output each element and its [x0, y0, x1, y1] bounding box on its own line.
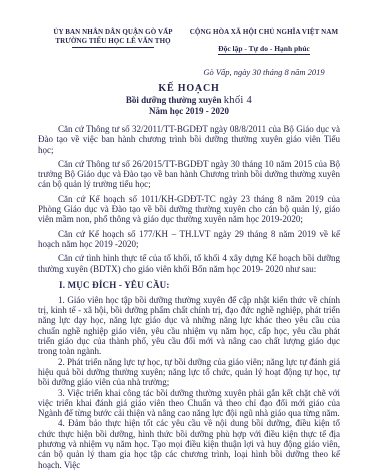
document-title: KẾ HOẠCH	[38, 83, 340, 95]
document-title-block: KẾ HOẠCH Bồi dưỡng thường xuyên khối 4 N…	[38, 83, 340, 117]
document-body: Căn cứ Thông tư số 32/2011/TT-BGDĐT ngày…	[38, 124, 340, 470]
legal-basis-paragraph: Căn cứ Thông tư số 26/2015/TT-BGDĐT ngày…	[38, 159, 340, 190]
section-item: 1. Giáo viên học tập bồi dưỡng thường xu…	[38, 295, 340, 357]
document-subtitle-main: Bồi dưỡng thường xuyên	[126, 95, 222, 105]
country-name: CỘNG HÒA XÃ HỘI CHỦ NGHĨA VIỆT NAM	[188, 28, 340, 37]
section-item: 2. Phát triển năng lực tự học, tự bồi dư…	[38, 357, 340, 388]
legal-basis-paragraph: Căn cứ Kế hoạch số 177/KH – TH.LVT ngày …	[38, 229, 340, 250]
legal-basis-paragraph: Căn cứ tình hình thực tế của tổ khối, tổ…	[38, 253, 340, 274]
date-line: Gò Vấp, ngày 30 tháng 8 năm 2019	[188, 67, 340, 77]
national-motto: Độc lập - Tự do - Hạnh phúc	[188, 38, 340, 56]
section-heading-muc-dich-yeu-cau: I. MỤC ĐÍCH - YÊU CẦU:	[38, 280, 340, 290]
section-item: 3. Việc triển khai công tác bồi dưỡng th…	[38, 388, 340, 419]
issuing-org-block: ỦY BAN NHÂN DÂN QUẬN GÒ VẤP TRƯỜNG TIỂU …	[38, 28, 188, 48]
org-underline-rule	[72, 47, 154, 48]
section-items: 1. Giáo viên học tập bồi dưỡng thường xu…	[38, 295, 340, 470]
legal-basis-paragraph: Căn cứ Thông tư số 32/2011/TT-BGDĐT ngày…	[38, 124, 340, 155]
document-page: ỦY BAN NHÂN DÂN QUẬN GÒ VẤP TRƯỜNG TIỂU …	[0, 0, 366, 473]
national-motto-text: Độc lập - Tự do - Hạnh phúc	[218, 44, 310, 55]
section-item: 4. Đảm bảo thực hiện tốt các yêu cầu về …	[38, 418, 340, 469]
document-subtitle: Bồi dưỡng thường xuyên khối 4	[38, 95, 340, 106]
document-subtitle-grade: khối 4	[224, 95, 252, 106]
legal-basis-paragraph: Căn cứ Kế hoạch số 1011/KH-GDĐT-TC ngày …	[38, 194, 340, 225]
school-year-line: Năm học 2019 - 2020	[38, 106, 340, 117]
national-header-block: CỘNG HÒA XÃ HỘI CHỦ NGHĨA VIỆT NAM Độc l…	[188, 28, 340, 77]
org-parent-name: ỦY BAN NHÂN DÂN QUẬN GÒ VẤP	[38, 28, 188, 37]
org-school-name: TRƯỜNG TIỂU HỌC LÊ VĂN THỌ	[38, 37, 188, 46]
document-header: ỦY BAN NHÂN DÂN QUẬN GÒ VẤP TRƯỜNG TIỂU …	[38, 28, 340, 77]
